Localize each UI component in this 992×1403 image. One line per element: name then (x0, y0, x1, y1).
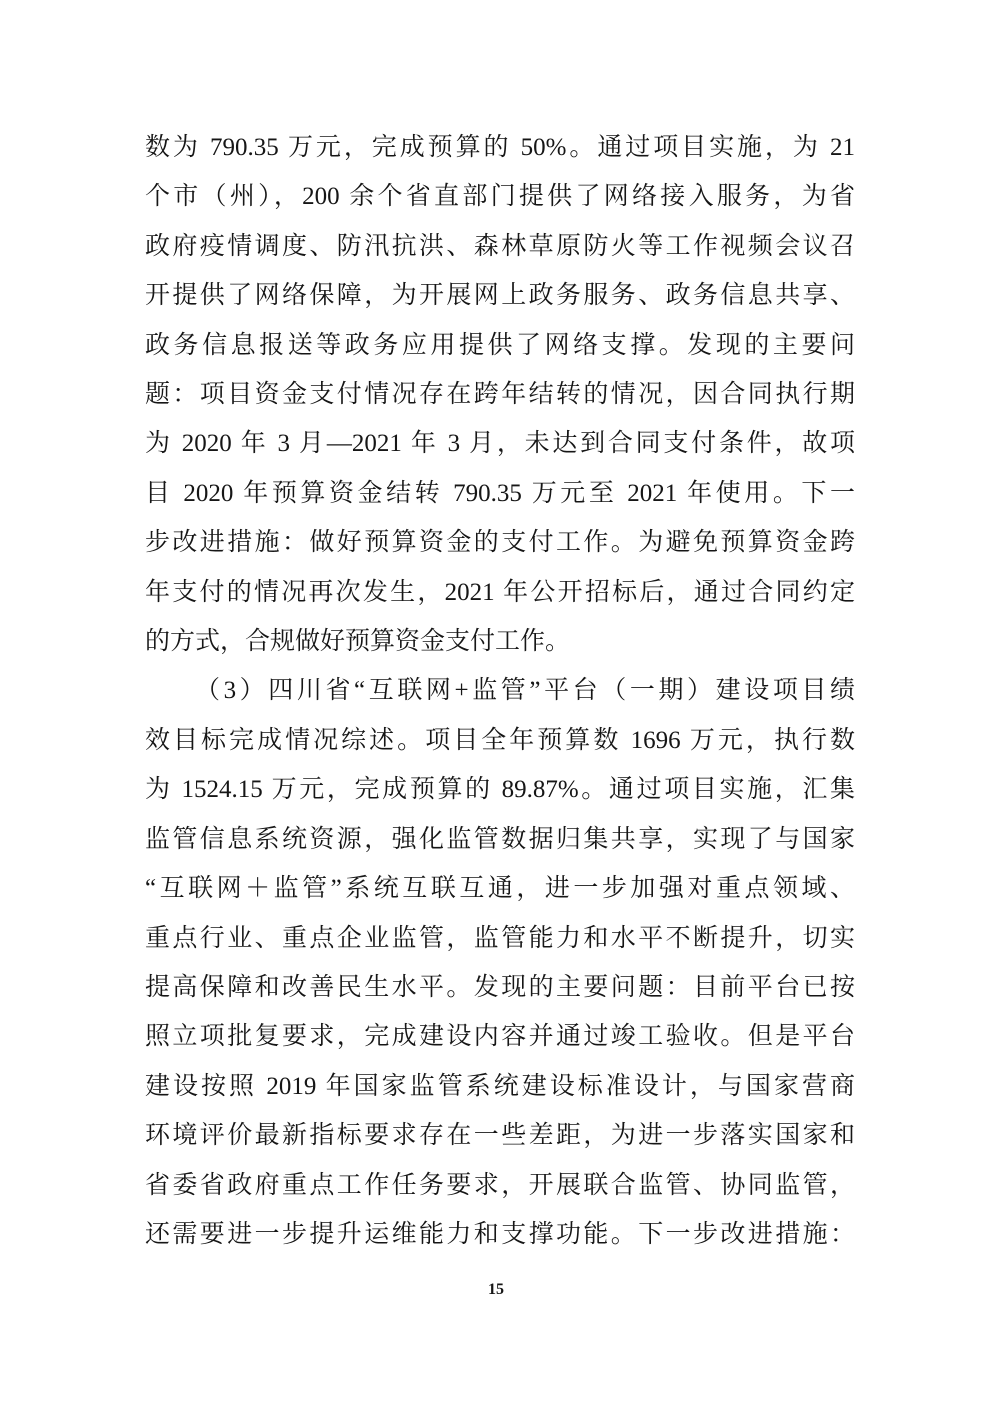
text-line: 题：项目资金支付情况存在跨年结转的情况，因合同执行期 (145, 370, 855, 419)
text-line: 为 2020 年 3 月—2021 年 3 月，未达到合同支付条件，故项 (145, 419, 855, 468)
text-line: 个市（州），200 余个省直部门提供了网络接入服务，为省 (145, 172, 855, 221)
text-line: 为 1524.15 万元，完成预算的 89.87%。通过项目实施，汇集 (145, 765, 855, 814)
text-line: 监管信息系统资源，强化监管数据归集共享，实现了与国家 (145, 815, 855, 864)
text-line: 开提供了网络保障，为开展网上政务服务、政务信息共享、 (145, 271, 855, 320)
page-footer: 15 (0, 1281, 992, 1299)
text-line: 目 2020 年预算资金结转 790.35 万元至 2021 年使用。下一 (145, 469, 855, 518)
text-line: 重点行业、重点企业监管，监管能力和水平不断提升，切实 (145, 914, 855, 963)
text-line: 政府疫情调度、防汛抗洪、森林草原防火等工作视频会议召 (145, 222, 855, 271)
text-line: 照立项批复要求，完成建设内容并通过竣工验收。但是平台 (145, 1012, 855, 1061)
text-line: 步改进措施：做好预算资金的支付工作。为避免预算资金跨 (145, 518, 855, 567)
text-line: 年支付的情况再次发生，2021 年公开招标后，通过合同约定 (145, 568, 855, 617)
text-line: 环境评价最新指标要求存在一些差距，为进一步落实国家和 (145, 1111, 855, 1160)
text-line: “互联网＋监管”系统互联互通，进一步加强对重点领域、 (145, 864, 855, 913)
text-line: 省委省政府重点工作任务要求，开展联合监管、协同监管， (145, 1161, 855, 1210)
text-line: 还需要进一步提升运维能力和支撑功能。下一步改进措施： (145, 1210, 855, 1259)
text-line: 的方式，合规做好预算资金支付工作。 (145, 617, 855, 666)
text-line: 建设按照 2019 年国家监管系统建设标准设计，与国家营商 (145, 1062, 855, 1111)
text-line: （3）四川省“互联网+监管”平台（一期）建设项目绩 (145, 666, 855, 715)
text-line: 政务信息报送等政务应用提供了网络支撑。发现的主要问 (145, 321, 855, 370)
paragraph: 数为 790.35 万元，完成预算的 50%。通过项目实施，为 21个市（州），… (145, 123, 855, 666)
text-line: 效目标完成情况综述。项目全年预算数 1696 万元，执行数 (145, 716, 855, 765)
paragraph: （3）四川省“互联网+监管”平台（一期）建设项目绩效目标完成情况综述。项目全年预… (145, 666, 855, 1259)
page: 数为 790.35 万元，完成预算的 50%。通过项目实施，为 21个市（州），… (0, 0, 992, 1403)
document-body: 数为 790.35 万元，完成预算的 50%。通过项目实施，为 21个市（州），… (145, 123, 855, 1259)
text-line: 提高保障和改善民生水平。发现的主要问题：目前平台已按 (145, 963, 855, 1012)
page-number: 15 (488, 1281, 504, 1299)
text-line: 数为 790.35 万元，完成预算的 50%。通过项目实施，为 21 (145, 123, 855, 172)
